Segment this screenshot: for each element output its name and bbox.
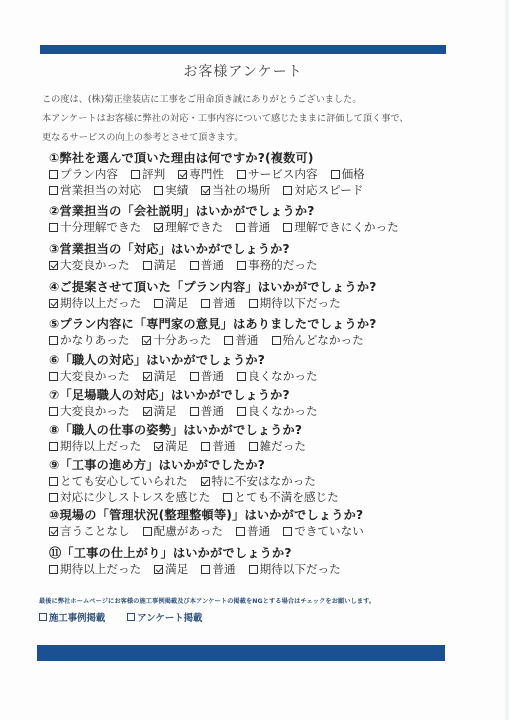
footer-note: 最後に弊社ホームページにお客様の施工事例掲載及び本アンケートの掲載をNGとする場…: [39, 596, 375, 605]
checkbox-icon[interactable]: [237, 407, 246, 416]
option-item[interactable]: 普通: [201, 295, 235, 311]
option-item[interactable]: 営業担当の対応: [49, 182, 141, 198]
option-item[interactable]: 期待以下だった: [249, 561, 341, 577]
option-label: 特に不安はなかった: [212, 473, 316, 489]
option-item[interactable]: 普通: [224, 332, 258, 348]
option-label: プラン内容: [60, 166, 118, 182]
checkbox-icon[interactable]: [49, 186, 58, 195]
option-item[interactable]: 価格: [331, 166, 365, 182]
option-item[interactable]: サービス内容: [237, 166, 318, 182]
option-label: 大変良かった: [60, 368, 130, 384]
option-label: 十分理解できた: [60, 219, 141, 235]
question-9: ⑨「工事の進め方」はいかがでしたか?とても安心していられた特に不安はなかった対応…: [49, 457, 352, 505]
option-item[interactable]: 良くなかった: [237, 368, 318, 384]
checkbox-icon[interactable]: [249, 299, 258, 308]
option-item[interactable]: 理解できた: [154, 219, 223, 235]
question-title: ⑦「足場職人の対応」はいかがでしょうか?: [49, 387, 331, 403]
option-row: 期待以上だった満足普通雑だった: [49, 438, 319, 454]
checkbox-icon[interactable]: [154, 186, 163, 195]
checkbox-icon[interactable]: [49, 407, 58, 416]
question-3: ③営業担当の「対応」はいかがでしょうか?大変良かった満足普通事務的だった: [49, 241, 331, 273]
option-label: 大変良かった: [60, 403, 130, 419]
question-title: ⑥「職人の対応」はいかがでしょうか?: [49, 352, 331, 368]
checkbox-icon[interactable]: [237, 261, 246, 270]
option-label: 専門性: [189, 166, 224, 182]
option-item[interactable]: 普通: [190, 368, 224, 384]
question-title: ②営業担当の「会社説明」はいかがでしょうか?: [49, 203, 412, 219]
option-item[interactable]: 事務的だった: [237, 257, 318, 273]
option-item[interactable]: 満足: [154, 561, 188, 577]
option-item[interactable]: 普通: [201, 438, 235, 454]
option-item[interactable]: 大変良かった: [49, 368, 130, 384]
question-title: ⑤プラン内容に「専門家の意見」はありましたでしょうか?: [49, 316, 377, 332]
option-label: 営業担当の対応: [60, 182, 141, 198]
option-label: 施工事例掲載: [49, 610, 105, 624]
checked-checkbox-icon[interactable]: [178, 170, 187, 179]
option-label: 期待以上だった: [60, 561, 141, 577]
checkbox-icon[interactable]: [283, 223, 292, 232]
checked-checkbox-icon[interactable]: [49, 261, 58, 270]
option-item[interactable]: 対応スピード: [283, 182, 363, 198]
checked-checkbox-icon[interactable]: [201, 477, 210, 486]
checked-checkbox-icon[interactable]: [201, 186, 210, 195]
checkbox-icon[interactable]: [143, 527, 152, 536]
question-title: ⑪「工事の仕上がり」はいかがでしょうか?: [49, 545, 354, 561]
checkbox-icon[interactable]: [236, 527, 245, 536]
option-label: 満足: [165, 561, 188, 577]
option-row: 期待以上だった満足普通期待以下だった: [49, 295, 376, 311]
option-label: 普通: [201, 368, 224, 384]
option-item[interactable]: 期待以上だった: [49, 438, 141, 454]
checkbox-icon[interactable]: [201, 442, 210, 451]
option-label: 理解できにくかった: [294, 219, 398, 235]
option-row: 営業担当の対応実績当社の場所対応スピード: [49, 182, 378, 198]
option-item[interactable]: 対応に少しストレスを感じた: [49, 489, 210, 505]
checkbox-icon[interactable]: [272, 336, 281, 345]
option-item[interactable]: 実績: [154, 182, 188, 198]
option-row: 言うことなし配慮があった普通できていない: [49, 523, 377, 539]
checkbox-icon[interactable]: [249, 565, 258, 574]
intro-line: 本アンケートはお客様に弊社の対応・工事内容について感じたままに評価して頂く事で、: [42, 109, 462, 128]
checkbox-icon[interactable]: [236, 223, 245, 232]
option-label: とても不満を感じた: [234, 489, 338, 505]
checkbox-icon[interactable]: [49, 565, 58, 574]
option-item[interactable]: できていない: [283, 523, 364, 539]
option-item[interactable]: 満足: [143, 403, 177, 419]
checkbox-icon[interactable]: [283, 527, 292, 536]
option-row: とても安心していられた特に不安はなかった: [49, 473, 352, 489]
checkbox-icon[interactable]: [190, 261, 199, 270]
checkbox-icon[interactable]: [237, 170, 246, 179]
option-item[interactable]: 満足: [154, 295, 188, 311]
checkbox-icon[interactable]: [224, 336, 233, 345]
option-item[interactable]: 普通: [236, 523, 270, 539]
checkbox-icon[interactable]: [39, 613, 47, 621]
question-7: ⑦「足場職人の対応」はいかがでしょうか?大変良かった満足普通良くなかった: [49, 387, 331, 419]
option-label: 普通: [201, 403, 224, 419]
option-item[interactable]: プラン内容: [49, 166, 118, 182]
option-label: 良くなかった: [248, 368, 318, 384]
option-item[interactable]: かなりあった: [49, 332, 129, 348]
checkbox-icon[interactable]: [127, 613, 135, 621]
option-label: サービス内容: [248, 166, 318, 182]
option-label: 普通: [247, 219, 270, 235]
option-item[interactable]: 普通: [236, 219, 270, 235]
option-item[interactable]: 普通: [190, 257, 224, 273]
option-label: 満足: [165, 295, 188, 311]
checkbox-icon[interactable]: [190, 407, 199, 416]
question-11: ⑪「工事の仕上がり」はいかがでしょうか?期待以上だった満足普通期待以下だった: [49, 545, 354, 577]
checkbox-icon[interactable]: [249, 442, 258, 451]
checked-checkbox-icon[interactable]: [142, 336, 151, 345]
option-label: 期待以上だった: [60, 295, 141, 311]
checkbox-icon[interactable]: [49, 336, 58, 345]
checkbox-icon[interactable]: [131, 170, 140, 179]
checkbox-icon[interactable]: [49, 477, 58, 486]
option-item[interactable]: 当社の場所: [201, 182, 270, 198]
checked-checkbox-icon[interactable]: [143, 407, 152, 416]
option-label: 十分あった: [153, 332, 211, 348]
question-title: ④ご提案させて頂いた「プラン内容」はいかがでしょうか?: [49, 279, 376, 295]
checkbox-icon[interactable]: [49, 170, 58, 179]
question-title: ⑨「工事の進め方」はいかがでしたか?: [49, 457, 352, 473]
option-item[interactable]: 理解できにくかった: [283, 219, 398, 235]
checkbox-icon[interactable]: [49, 372, 58, 381]
checked-checkbox-icon[interactable]: [154, 565, 163, 574]
page-title: お客様アンケート: [0, 61, 486, 81]
option-label: とても安心していられた: [60, 473, 188, 489]
option-label: 期待以下だった: [260, 295, 341, 311]
option-label: 普通: [235, 332, 258, 348]
option-item[interactable]: 期待以上だった: [49, 561, 141, 577]
question-8: ⑧「職人の仕事の姿勢」はいかがでしょうか?期待以上だった満足普通雑だった: [49, 422, 319, 454]
option-item[interactable]: 評判: [131, 166, 165, 182]
question-title: ③営業担当の「対応」はいかがでしょうか?: [49, 241, 331, 257]
option-label: 普通: [212, 295, 235, 311]
option-item[interactable]: 期待以下だった: [249, 295, 341, 311]
option-item[interactable]: 専門性: [178, 166, 224, 182]
option-label: 雑だった: [260, 438, 306, 454]
option-item[interactable]: 配慮があった: [143, 523, 223, 539]
option-row: 十分理解できた理解できた普通理解できにくかった: [49, 219, 412, 235]
option-label: 大変良かった: [60, 257, 130, 273]
question-title: ①弊社を選んで頂いた理由は何ですか?(複数可): [49, 150, 378, 166]
option-label: かなりあった: [60, 332, 129, 348]
question-title: ⑩現場の「管理状況(整理整頓等)」はいかがでしょうか?: [49, 507, 377, 523]
option-item[interactable]: とても不満を感じた: [223, 489, 338, 505]
option-row: 大変良かった満足普通良くなかった: [49, 368, 331, 384]
option-label: 普通: [212, 438, 235, 454]
footer-option-case-study[interactable]: 施工事例掲載: [39, 610, 105, 624]
checkbox-icon[interactable]: [201, 299, 210, 308]
intro-line: 更なるサービスの向上の参考とさせて頂きます。: [42, 128, 462, 147]
footer-options: 施工事例掲載 アンケート掲載: [39, 610, 224, 624]
option-label: 満足: [154, 368, 177, 384]
option-label: 普通: [201, 257, 224, 273]
checked-checkbox-icon[interactable]: [143, 372, 152, 381]
checked-checkbox-icon[interactable]: [154, 442, 163, 451]
header-bar: [40, 45, 446, 54]
option-row: 対応に少しストレスを感じたとても不満を感じた: [49, 489, 352, 505]
question-5: ⑤プラン内容に「専門家の意見」はありましたでしょうか?かなりあった十分あった普通…: [49, 316, 377, 348]
footer-option-survey[interactable]: アンケート掲載: [127, 610, 202, 624]
option-label: 配慮があった: [154, 523, 223, 539]
option-item[interactable]: とても安心していられた: [49, 473, 188, 489]
option-label: 期待以上だった: [60, 438, 141, 454]
checkbox-icon[interactable]: [49, 442, 58, 451]
question-10: ⑩現場の「管理状況(整理整頓等)」はいかがでしょうか?言うことなし配慮があった普…: [49, 507, 377, 539]
option-label: 価格: [342, 166, 365, 182]
option-label: アンケート掲載: [137, 610, 202, 624]
option-label: 満足: [165, 438, 188, 454]
checkbox-icon[interactable]: [223, 493, 232, 502]
option-item[interactable]: 特に不安はなかった: [201, 473, 316, 489]
option-label: できていない: [294, 523, 364, 539]
option-item[interactable]: 良くなかった: [237, 403, 318, 419]
option-item[interactable]: 満足: [143, 368, 177, 384]
checkbox-icon[interactable]: [190, 372, 199, 381]
option-label: 事務的だった: [248, 257, 318, 273]
checked-checkbox-icon[interactable]: [49, 527, 58, 536]
option-item[interactable]: 十分理解できた: [49, 219, 141, 235]
checkbox-icon[interactable]: [237, 372, 246, 381]
option-item[interactable]: 満足: [154, 438, 188, 454]
option-row: かなりあった十分あった普通殆んどなかった: [49, 332, 377, 348]
option-label: 殆んどなかった: [283, 332, 364, 348]
option-item[interactable]: 雑だった: [249, 438, 306, 454]
checked-checkbox-icon[interactable]: [49, 299, 58, 308]
checkbox-icon[interactable]: [49, 223, 58, 232]
intro-line: この度は、(株)菊正塗装店に工事をご用命頂き誠にありがとうございました。: [42, 90, 462, 109]
checkbox-icon[interactable]: [49, 493, 58, 502]
option-label: 対応スピード: [294, 182, 363, 198]
option-item[interactable]: 大変良かった: [49, 257, 130, 273]
option-item[interactable]: 十分あった: [142, 332, 211, 348]
option-item[interactable]: 満足: [143, 257, 177, 273]
option-label: 満足: [154, 257, 177, 273]
option-label: 満足: [154, 403, 177, 419]
option-item[interactable]: 言うことなし: [49, 523, 130, 539]
option-row: 期待以上だった満足普通期待以下だった: [49, 561, 354, 577]
option-item[interactable]: 殆んどなかった: [272, 332, 364, 348]
option-label: 普通: [212, 561, 235, 577]
page-edge: [505, 0, 509, 720]
checkbox-icon[interactable]: [154, 299, 163, 308]
option-label: 実績: [165, 182, 188, 198]
checked-checkbox-icon[interactable]: [154, 223, 163, 232]
question-6: ⑥「職人の対応」はいかがでしょうか?大変良かった満足普通良くなかった: [49, 352, 331, 384]
option-label: 理解できた: [165, 219, 223, 235]
option-row: 大変良かった満足普通事務的だった: [49, 257, 331, 273]
option-row: 大変良かった満足普通良くなかった: [49, 403, 331, 419]
option-label: 対応に少しストレスを感じた: [60, 489, 210, 505]
option-label: 当社の場所: [212, 182, 270, 198]
question-1: ①弊社を選んで頂いた理由は何ですか?(複数可)プラン内容評判専門性サービス内容価…: [49, 150, 378, 198]
checkbox-icon[interactable]: [143, 261, 152, 270]
question-4: ④ご提案させて頂いた「プラン内容」はいかがでしょうか?期待以上だった満足普通期待…: [49, 279, 376, 311]
option-item[interactable]: 期待以上だった: [49, 295, 141, 311]
option-item[interactable]: 普通: [190, 403, 224, 419]
option-row: プラン内容評判専門性サービス内容価格: [49, 166, 378, 182]
option-label: 言うことなし: [60, 523, 130, 539]
footer-bar: [37, 645, 445, 661]
question-2: ②営業担当の「会社説明」はいかがでしょうか?十分理解できた理解できた普通理解でき…: [49, 203, 412, 235]
option-item[interactable]: 大変良かった: [49, 403, 130, 419]
option-label: 良くなかった: [248, 403, 318, 419]
checkbox-icon[interactable]: [331, 170, 340, 179]
checkbox-icon[interactable]: [201, 565, 210, 574]
option-label: 期待以下だった: [260, 561, 341, 577]
option-label: 評判: [142, 166, 165, 182]
option-item[interactable]: 普通: [201, 561, 235, 577]
intro-text: この度は、(株)菊正塗装店に工事をご用命頂き誠にありがとうございました。 本アン…: [42, 90, 462, 147]
option-label: 普通: [247, 523, 270, 539]
checkbox-icon[interactable]: [283, 186, 292, 195]
question-title: ⑧「職人の仕事の姿勢」はいかがでしょうか?: [49, 422, 319, 438]
